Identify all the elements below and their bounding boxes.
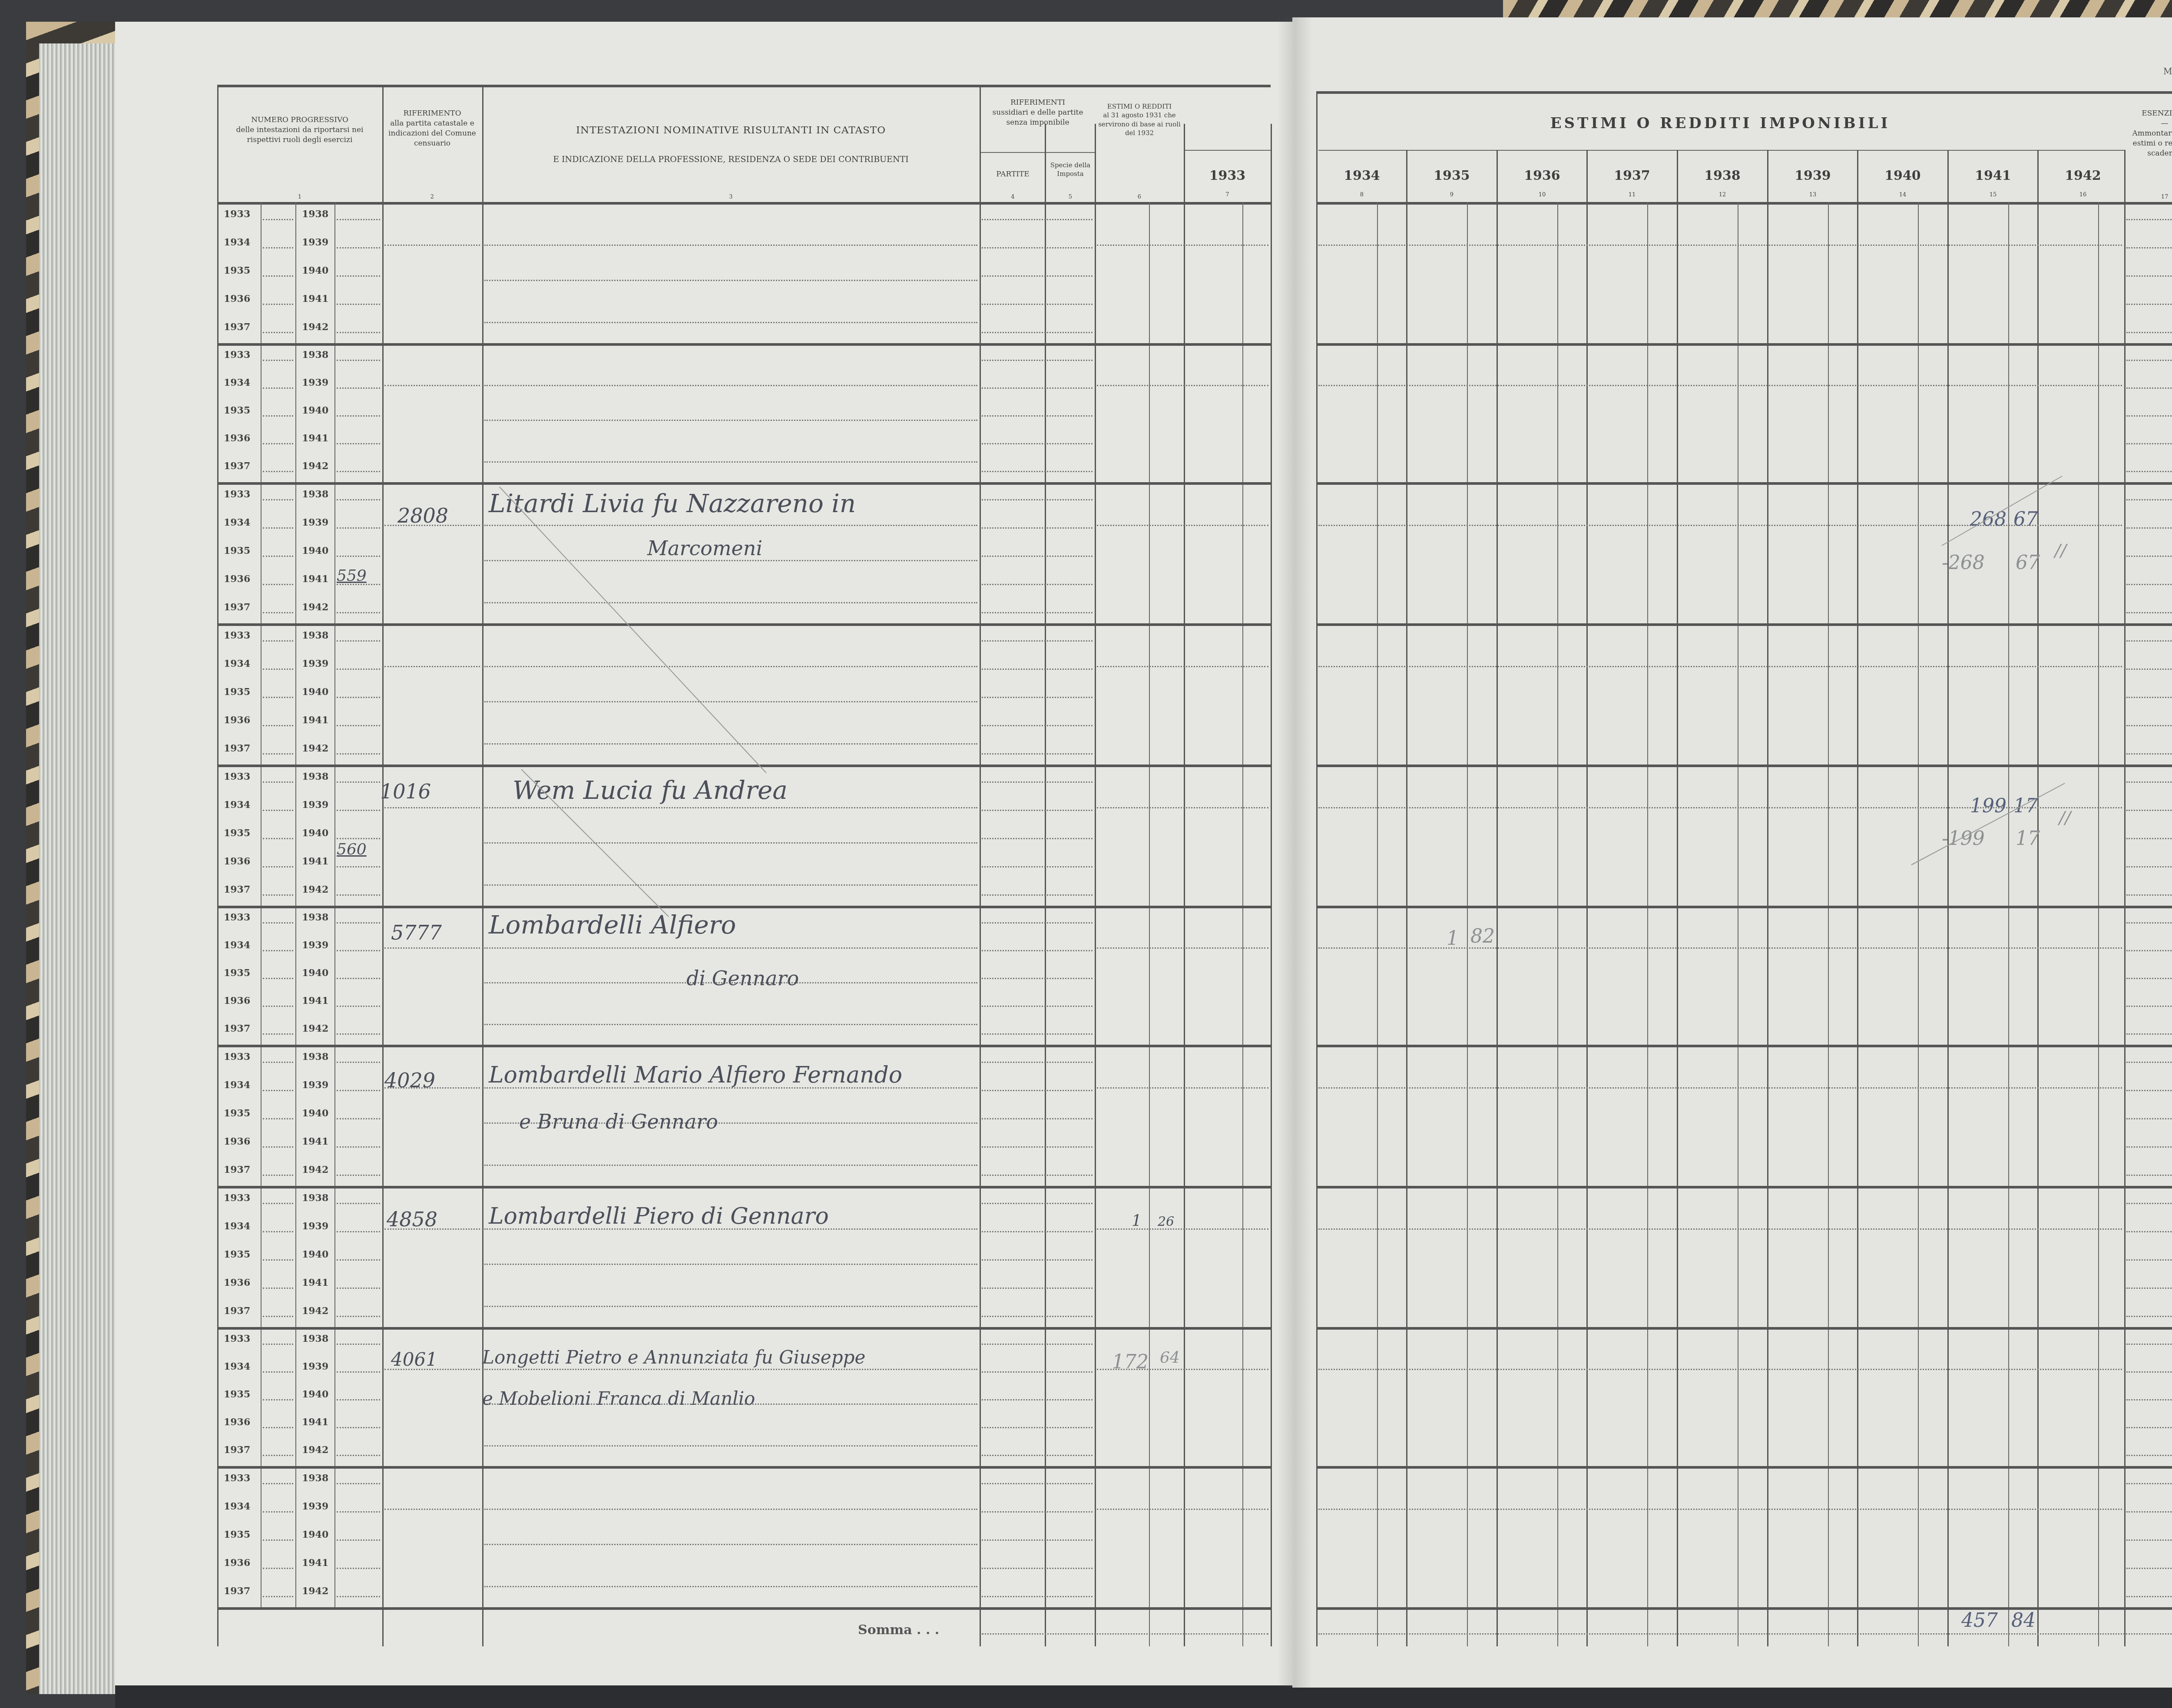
header-year-number: 13 (1768, 191, 1857, 199)
year-dots-right (337, 1203, 380, 1204)
year-dots-right (337, 810, 380, 811)
year-label-left: 1934 (224, 377, 250, 388)
col45-dots (982, 640, 1093, 642)
year-dots-left (263, 1090, 293, 1091)
name-dots-2 (484, 743, 977, 745)
col45-dots (982, 499, 1093, 500)
years-dots (1318, 1509, 2122, 1510)
year-dots-left (263, 1596, 293, 1597)
header-col17-sub: Ammontare degli estimi o redditi e scade… (2126, 129, 2172, 159)
year-label-right: 1938 (302, 1473, 328, 1484)
header-col45: RIFERIMENTI sussidiari e delle partite s… (981, 98, 1095, 128)
year-dots-right (337, 415, 380, 417)
col45-dots (982, 1399, 1093, 1400)
year-dots-left (263, 922, 293, 924)
block-separator-right-3 (1316, 623, 2172, 626)
left-col-border-6 (1271, 124, 1272, 1646)
col45-dots (982, 1427, 1093, 1428)
year-label-left: 1935 (224, 828, 250, 839)
year-label-left: 1934 (224, 1501, 250, 1512)
year-dots-left (263, 1062, 293, 1063)
block-separator-left-1 (217, 343, 1271, 346)
header-year-1938: 1938 (1678, 167, 1767, 185)
year-dots-right (337, 950, 380, 951)
year-label-right: 1939 (302, 1501, 328, 1512)
col45-dots (982, 584, 1093, 585)
header-col17-title: ESENZIONI (2126, 109, 2172, 119)
year-label-left: 1937 (224, 743, 250, 754)
year-dots-left (263, 1259, 293, 1261)
year-col-border-8 (2037, 150, 2039, 1646)
partita-dots (384, 666, 480, 667)
year-label-left: 1933 (224, 489, 250, 500)
col67-dots (1097, 245, 1268, 246)
year-dots-right (337, 640, 380, 642)
year-label-right: 1939 (302, 799, 328, 811)
col17-dots (2126, 332, 2172, 333)
year-label-right: 1938 (302, 1333, 328, 1344)
col17-dots (2126, 1371, 2172, 1373)
header-year-1934: 1934 (1318, 167, 1406, 185)
year-dots-left (263, 894, 293, 896)
year-label-left: 1933 (224, 912, 250, 923)
year-dots-left (263, 247, 293, 248)
block-separator-left-7 (217, 1186, 1271, 1188)
col17-dots (2126, 499, 2172, 500)
year-dec-divider-2 (1557, 202, 1558, 1646)
year-dots-left (263, 866, 293, 867)
col45-dots (982, 1344, 1093, 1345)
year-dots-right (337, 304, 380, 305)
entry-9-col6-int: 172 (1112, 1351, 1149, 1373)
year-label-left: 1936 (224, 995, 250, 1006)
year-dots-left (263, 527, 293, 529)
partita-dots (384, 807, 480, 808)
header-col6-number: 6 (1096, 193, 1183, 201)
col17-dots (2126, 584, 2172, 585)
year-dots-left (263, 360, 293, 361)
left-col-border-2 (980, 85, 981, 1646)
block-separator-left-2 (217, 482, 1271, 485)
header-col45-divider (981, 152, 1095, 153)
year-dots-right (337, 1455, 380, 1456)
year-label-right: 1940 (302, 1389, 328, 1400)
col45-dots (982, 1090, 1093, 1091)
year-label-right: 1942 (302, 1164, 328, 1175)
year-label-left: 1933 (224, 1333, 250, 1344)
year-dots-right (337, 1259, 380, 1261)
block-separator-right-10 (1316, 1607, 2172, 1610)
col17-dots (2126, 894, 2172, 896)
name-dots-1 (484, 560, 977, 561)
header-year-number: 16 (2039, 191, 2127, 199)
year-label-left: 1937 (224, 321, 250, 333)
year-dots-left (263, 1511, 293, 1513)
entry-6-partita: 5777 (391, 921, 442, 944)
year-dots-right (337, 1596, 380, 1597)
entry-3-margin-ref: 559 (337, 567, 367, 585)
year-dots-right (337, 1090, 380, 1091)
col67-dots (1097, 807, 1268, 808)
somma-label: Somma . . . (858, 1622, 939, 1638)
header-col3-sub: E INDICAZIONE DELLA PROFESSIONE, RESIDEN… (484, 154, 977, 166)
year-dec-divider-1 (1467, 202, 1468, 1646)
year-dots-right (337, 1371, 380, 1373)
header-col4-title: PARTITE (981, 169, 1045, 179)
col45-dots (982, 443, 1093, 444)
year-dots-left (263, 1203, 293, 1204)
block-separator-right-2 (1316, 482, 2172, 485)
year-dots-left (263, 753, 293, 755)
year-label-right: 1942 (302, 1305, 328, 1317)
col17-dots (2126, 1427, 2172, 1428)
year-label-right: 1939 (302, 658, 328, 669)
year-label-left: 1937 (224, 460, 250, 472)
header-col7-divider (1184, 150, 1271, 151)
year-label-left: 1936 (224, 856, 250, 867)
name-dots-2 (484, 884, 977, 886)
table-top-border-right (1316, 91, 2172, 94)
col17-dots (2126, 922, 2172, 924)
year-col-border-7 (1947, 150, 1949, 1646)
year-label-right: 1941 (302, 715, 328, 726)
col17-dots (2126, 1231, 2172, 1232)
entry-6-name-line2: di Gennaro (686, 967, 799, 990)
col67-dots (1097, 1087, 1268, 1089)
year-label-right: 1938 (302, 209, 328, 220)
col17-dots (2126, 1006, 2172, 1007)
header-year-number: 10 (1498, 191, 1586, 199)
year-dots-left (263, 1175, 293, 1176)
col45-dots (982, 1316, 1093, 1317)
year-dots-right (337, 387, 380, 389)
year-label-left: 1933 (224, 349, 250, 361)
col17-dots (2126, 781, 2172, 783)
entry-3-1941-cancel-dec: 67 (2016, 552, 2040, 574)
block-separator-right-8 (1316, 1327, 2172, 1330)
col45-dots (982, 1175, 1093, 1176)
year-dots-left (263, 219, 293, 220)
header-year-number: 9 (1407, 191, 1496, 199)
entry-5-1941-dec: 17 (2013, 795, 2038, 817)
year-label-left: 1934 (224, 799, 250, 811)
col45-dots (982, 838, 1093, 839)
col17-dots (2126, 810, 2172, 811)
left-col-border-0 (382, 85, 384, 1646)
year-dots-right (337, 247, 380, 248)
header-year-1936: 1936 (1498, 167, 1586, 185)
header-col17-dash: — (2126, 119, 2172, 129)
col45-dots (982, 219, 1093, 220)
year-dots-left (263, 332, 293, 333)
header-col5-number: 5 (1046, 193, 1095, 201)
name-dots-1 (484, 1264, 977, 1265)
somma-dots-right (1318, 1633, 2172, 1635)
col67-dots (1097, 1228, 1268, 1230)
col17-dots (2126, 304, 2172, 305)
year-dec-divider-7 (2008, 202, 2009, 1646)
year-dots-right (337, 697, 380, 698)
year-dots-left (263, 584, 293, 585)
col17-dots (2126, 1062, 2172, 1063)
year-dots-right (337, 1539, 380, 1541)
year-dots-right (337, 1483, 380, 1484)
year-dots-right (337, 1427, 380, 1428)
year-label-left: 1934 (224, 1361, 250, 1372)
col45-dots (982, 360, 1093, 361)
name-dots-0 (484, 525, 977, 526)
block-separator-left-4 (217, 765, 1271, 767)
year-dots-right (337, 753, 380, 755)
year-label-left: 1935 (224, 545, 250, 556)
year-dots-left (263, 697, 293, 698)
header-year-number: 8 (1318, 191, 1406, 199)
col45-dots (982, 697, 1093, 698)
name-dots-2 (484, 1586, 977, 1587)
col45-dots (982, 527, 1093, 529)
name-dots-2 (484, 1306, 977, 1307)
header-bottom-right (1316, 202, 2172, 205)
header-col7-year: 1933 (1185, 167, 1270, 185)
name-dots-2 (484, 1165, 977, 1166)
block-separator-right-7 (1316, 1186, 2172, 1188)
year-label-left: 1935 (224, 1389, 250, 1400)
block-separator-right-5 (1316, 906, 2172, 908)
year-dec-divider-5 (1828, 202, 1829, 1646)
block-separator-right-1 (1316, 343, 2172, 346)
year-dots-left (263, 556, 293, 557)
year-label-right: 1940 (302, 686, 328, 698)
year-dots-left (263, 810, 293, 811)
header-col5-title: Specie della Imposta (1046, 161, 1095, 179)
entry-6-1935-dec: 82 (1470, 925, 1495, 947)
year-label-left: 1934 (224, 940, 250, 951)
year-label-right: 1942 (302, 602, 328, 613)
year-label-right: 1941 (302, 293, 328, 305)
col45-dots (982, 1259, 1093, 1261)
year-dec-divider-4 (1738, 202, 1738, 1646)
year-label-right: 1938 (302, 1192, 328, 1204)
year-label-right: 1942 (302, 743, 328, 754)
col45-dots (982, 1146, 1093, 1148)
block-separator-right-6 (1316, 1045, 2172, 1047)
name-dots-2 (484, 1024, 977, 1025)
header-year-1935: 1935 (1407, 167, 1496, 185)
entry-8-name-line1: Lombardelli Piero di Gennaro (489, 1203, 829, 1229)
year-dots-right (337, 894, 380, 896)
year-dots-left (263, 443, 293, 444)
year-label-left: 1934 (224, 658, 250, 669)
year-label-right: 1939 (302, 940, 328, 951)
year-label-left: 1936 (224, 1417, 250, 1428)
col17-dots (2126, 669, 2172, 670)
year-label-right: 1938 (302, 912, 328, 923)
block-separator-left-6 (217, 1045, 1271, 1047)
col1-sub-divider-1 (295, 202, 296, 1607)
col45-dots (982, 1596, 1093, 1597)
entry-9-name-line2: e Mobelioni Franca di Manlio (482, 1388, 755, 1409)
left-page (115, 22, 1292, 1685)
col45-dots (982, 978, 1093, 979)
year-label-right: 1938 (302, 771, 328, 782)
year-label-right: 1938 (302, 349, 328, 361)
dec-divider-left-1 (1242, 202, 1243, 1646)
year-label-right: 1941 (302, 1417, 328, 1428)
right-page (1292, 17, 2172, 1688)
col45-dots (982, 1288, 1093, 1289)
name-dots-0 (484, 1369, 977, 1370)
col17-dots (2126, 640, 2172, 642)
name-dots-1 (484, 1544, 977, 1545)
entry-3-name-line2: Marcomeni (647, 536, 762, 560)
year-label-left: 1935 (224, 1529, 250, 1540)
col67-dots (1097, 666, 1268, 667)
year-dots-left (263, 838, 293, 839)
col17-dots (2126, 1118, 2172, 1119)
total-1941-int: 457 (1961, 1609, 1998, 1632)
name-dots-1 (484, 280, 977, 281)
header-bottom-left (217, 202, 1271, 205)
year-dots-right (337, 1006, 380, 1007)
year-label-left: 1935 (224, 1249, 250, 1260)
year-dots-right (337, 725, 380, 726)
col45-dots (982, 387, 1093, 389)
col45-dots (982, 332, 1093, 333)
year-label-right: 1940 (302, 265, 328, 276)
col17-dots (2126, 1146, 2172, 1148)
year-dots-right (337, 1062, 380, 1063)
left-col-border-4 (1095, 124, 1096, 1646)
block-separator-right-9 (1316, 1466, 2172, 1469)
year-dots-left (263, 1316, 293, 1317)
year-label-right: 1941 (302, 995, 328, 1006)
years-dots (1318, 666, 2122, 667)
col67-dots (1097, 385, 1268, 386)
year-label-right: 1939 (302, 377, 328, 388)
name-dots-0 (484, 666, 977, 667)
header-year-1939: 1939 (1768, 167, 1857, 185)
header-col3-title: INTESTAZIONI NOMINATIVE RISULTANTI IN CA… (484, 124, 977, 137)
year-label-right: 1940 (302, 1249, 328, 1260)
col45-dots (982, 1568, 1093, 1569)
col17-dots (2126, 1316, 2172, 1317)
block-separator-left-8 (217, 1327, 1271, 1330)
header-year-number: 11 (1588, 191, 1676, 199)
col45-dots (982, 612, 1093, 613)
partita-dots (384, 245, 480, 246)
year-col-border-3 (1586, 150, 1588, 1646)
col17-dots (2126, 1288, 2172, 1289)
col17-dots (2126, 219, 2172, 220)
col17-dots (2126, 1033, 2172, 1035)
header-col1-title: NUMERO PROGRESSIVO (219, 115, 380, 125)
year-dots-left (263, 275, 293, 277)
year-dots-right (337, 978, 380, 979)
header-col2-sub: alla partita catastale e indicazioni del… (383, 119, 481, 149)
year-label-left: 1937 (224, 602, 250, 613)
year-label-left: 1933 (224, 1192, 250, 1204)
name-dots-1 (484, 701, 977, 702)
year-dots-right (337, 781, 380, 783)
entry-9-col6-dec: 64 (1160, 1349, 1180, 1367)
partita-dots (384, 385, 480, 386)
partita-dots (384, 947, 480, 949)
col17-dots (2126, 866, 2172, 867)
year-dots-left (263, 1568, 293, 1569)
year-label-left: 1937 (224, 1444, 250, 1456)
year-label-left: 1936 (224, 1277, 250, 1288)
col67-dots (1097, 1509, 1268, 1510)
col45-dots (982, 1371, 1093, 1373)
year-label-left: 1937 (224, 884, 250, 895)
header-years-divider (1318, 150, 2124, 151)
year-label-right: 1942 (302, 1023, 328, 1034)
header-year-number: 15 (1949, 191, 2037, 199)
col17-dots (2126, 415, 2172, 417)
year-label-left: 1934 (224, 1079, 250, 1091)
year-dots-left (263, 1288, 293, 1289)
col17-dots (2126, 1568, 2172, 1569)
entry-5-1941-cancel-dec: 17 (2016, 828, 2040, 850)
block-separator-left-5 (217, 906, 1271, 908)
years-dots (1318, 1228, 2122, 1230)
year-dots-left (263, 387, 293, 389)
year-label-right: 1942 (302, 321, 328, 333)
year-label-right: 1941 (302, 1557, 328, 1569)
entry-5-1941-cancel-int: -199 (1942, 828, 1985, 850)
col45-dots (982, 471, 1093, 472)
year-dec-divider-6 (1918, 202, 1919, 1646)
year-label-left: 1936 (224, 715, 250, 726)
year-label-right: 1941 (302, 1277, 328, 1288)
year-label-right: 1941 (302, 856, 328, 867)
year-col-border-2 (1497, 150, 1498, 1646)
name-dots-0 (484, 385, 977, 386)
year-label-left: 1933 (224, 209, 250, 220)
year-dots-right (337, 527, 380, 529)
entry-8-col6-dec: 26 (1158, 1214, 1174, 1229)
year-dots-right (337, 1118, 380, 1119)
name-dots-2 (484, 602, 977, 603)
year-col-border-9 (2124, 150, 2126, 1646)
col45-dots (982, 725, 1093, 726)
year-dots-left (263, 1483, 293, 1484)
year-dots-left (263, 950, 293, 951)
year-label-left: 1936 (224, 1136, 250, 1147)
year-label-left: 1935 (224, 405, 250, 416)
year-dots-right (337, 1344, 380, 1345)
year-dots-left (263, 471, 293, 472)
header-col2-number: 2 (383, 193, 481, 201)
year-dots-left (263, 781, 293, 783)
year-label-right: 1940 (302, 545, 328, 556)
year-label-right: 1938 (302, 489, 328, 500)
entry-5-margin-ref: 560 (337, 841, 367, 858)
year-dots-right (337, 360, 380, 361)
col45-dots (982, 1006, 1093, 1007)
year-dots-right (337, 275, 380, 277)
block-separator-left-9 (217, 1466, 1271, 1469)
year-label-right: 1939 (302, 517, 328, 528)
block-separator-left-10 (217, 1607, 1271, 1610)
year-dots-right (337, 1288, 380, 1289)
col17-dots (2126, 1596, 2172, 1597)
year-label-right: 1942 (302, 1586, 328, 1597)
col17-dots (2126, 753, 2172, 755)
year-label-left: 1935 (224, 686, 250, 698)
entry-5-1942-mark: // (2059, 808, 2071, 828)
header-col4-number: 4 (981, 193, 1045, 201)
